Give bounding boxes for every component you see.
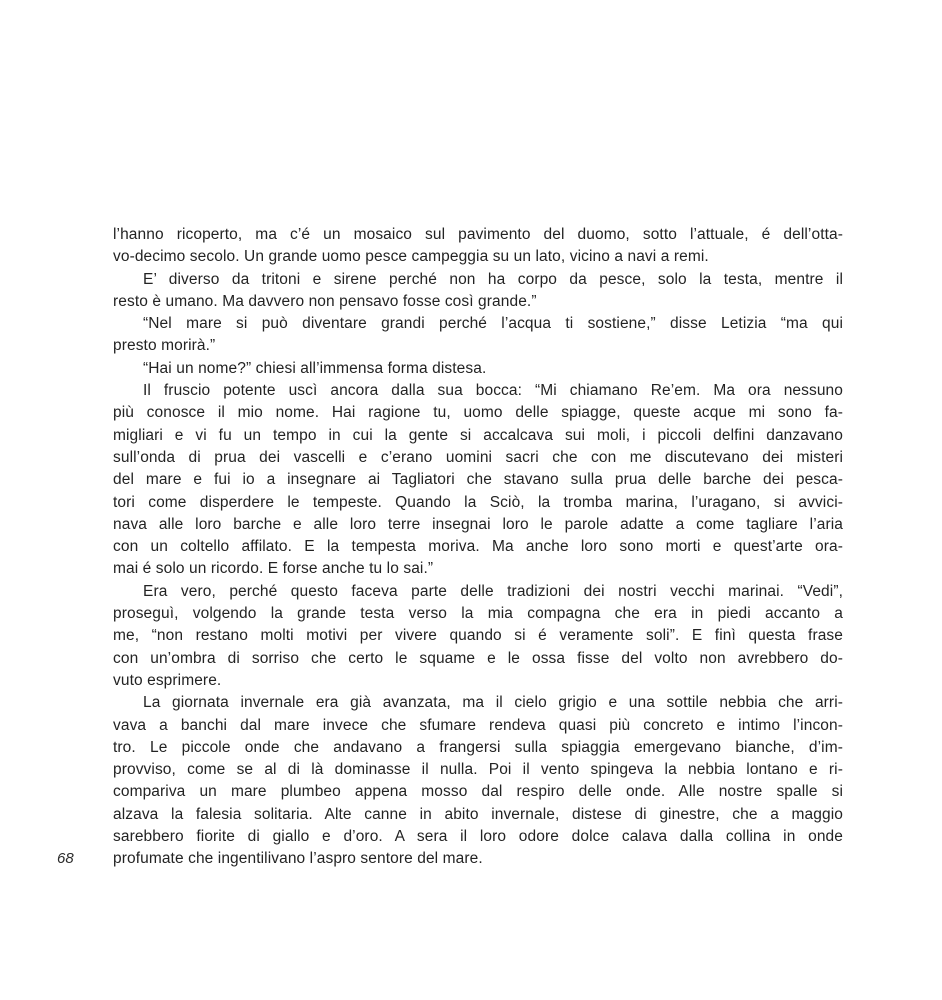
text-line: E’ diverso da tritoni e sirene perché no… <box>113 269 843 291</box>
text-line: mai é solo un ricordo. E forse anche tu … <box>113 558 843 580</box>
text-line: sarebbero fiorite di giallo e d’oro. A s… <box>113 826 843 848</box>
page-text: l’hanno ricoperto, ma c’é un mosaico sul… <box>113 224 843 871</box>
text-line: La giornata invernale era già avanzata, … <box>113 692 843 714</box>
text-line: nava alle loro barche e alle loro terre … <box>113 514 843 536</box>
text-line: Il fruscio potente uscì ancora dalla sua… <box>113 380 843 402</box>
text-line: compariva un mare plumbeo appena mosso d… <box>113 781 843 803</box>
text-line: proseguì, volgendo la grande testa verso… <box>113 603 843 625</box>
text-line: provviso, come se al di là dominasse il … <box>113 759 843 781</box>
text-line: Era vero, perché questo faceva parte del… <box>113 581 843 603</box>
text-line: profumate che ingentilivano l’aspro sent… <box>113 848 843 870</box>
text-line: “Nel mare si può diventare grandi perché… <box>113 313 843 335</box>
text-line: l’hanno ricoperto, ma c’é un mosaico sul… <box>113 224 843 246</box>
text-line: del mare e fui io a insegnare ai Tagliat… <box>113 469 843 491</box>
text-line: con un coltello affilato. E la tempesta … <box>113 536 843 558</box>
text-line: alzava la falesia solitaria. Alte canne … <box>113 804 843 826</box>
text-line: tori come disperdere le tempeste. Quando… <box>113 492 843 514</box>
text-line: presto morirà.” <box>113 335 843 357</box>
text-line: me, “non restano molti motivi per vivere… <box>113 625 843 647</box>
text-line: con un’ombra di sorriso che certo le squ… <box>113 648 843 670</box>
text-line: tro. Le piccole onde che andavano a fran… <box>113 737 843 759</box>
text-line: resto è umano. Ma davvero non pensavo fo… <box>113 291 843 313</box>
page-number: 68 <box>57 848 74 870</box>
text-line: sull’onda di prua dei vascelli e c’erano… <box>113 447 843 469</box>
text-line: più conosce il mio nome. Hai ragione tu,… <box>113 402 843 424</box>
text-line: “Hai un nome?” chiesi all’immensa forma … <box>113 358 843 380</box>
text-line: vuto esprimere. <box>113 670 843 692</box>
text-line: vo-decimo secolo. Un grande uomo pesce c… <box>113 246 843 268</box>
book-page: 68 l’hanno ricoperto, ma c’é un mosaico … <box>0 0 942 1000</box>
text-line: migliari e vi fu un tempo in cui la gent… <box>113 425 843 447</box>
text-line: vava a banchi dal mare invece che sfumar… <box>113 715 843 737</box>
